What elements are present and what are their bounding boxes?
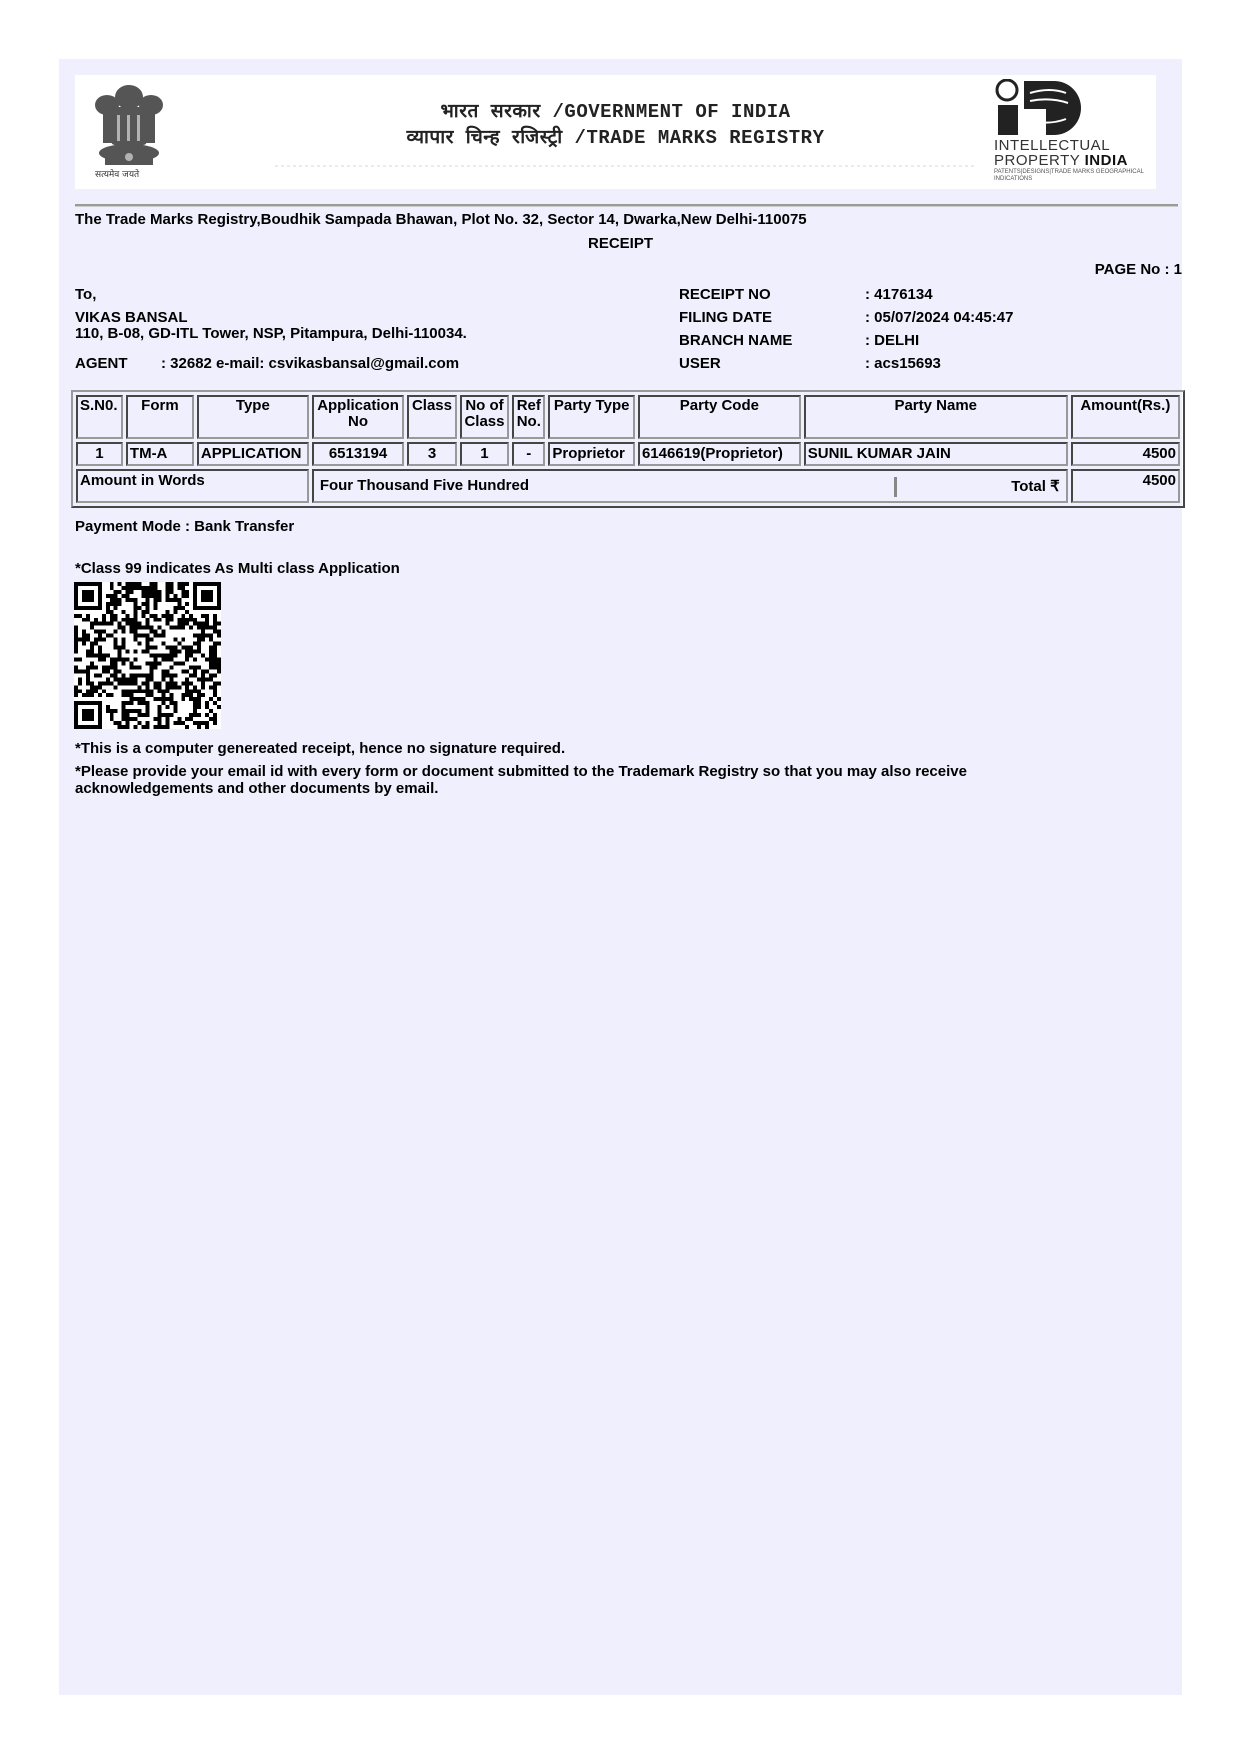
signature-note: *This is a computer genereated receipt, … [75, 740, 565, 757]
cell-application-no: 6513194 [312, 442, 404, 466]
logo-tagline: PATENTS|DESIGNS|TRADE MARKS GEOGRAPHICAL… [994, 169, 1144, 183]
header-amount: Amount(Rs.) [1071, 395, 1180, 439]
table-header-row: S.N0. Form Type Application No Class No … [76, 395, 1180, 439]
total-row: Amount in Words Four Thousand Five Hundr… [76, 469, 1180, 503]
ip-india-logo-icon [994, 79, 1090, 135]
agent-label: AGENT [75, 355, 128, 372]
recipient-address: 110, B-08, GD-ITL Tower, NSP, Pitampura,… [75, 325, 467, 342]
header-no-of-class: No of Class [460, 395, 509, 439]
header-class: Class [407, 395, 457, 439]
header-party-name: Party Name [804, 395, 1068, 439]
header-form: Form [126, 395, 194, 439]
receipt-no-value: : 4176134 [865, 286, 933, 303]
banner-watermark [275, 165, 975, 167]
total-separator [894, 477, 897, 497]
payment-mode: Payment Mode : Bank Transfer [75, 518, 294, 535]
receipt-no-label: RECEIPT NO [679, 286, 771, 303]
branch-name-label: BRANCH NAME [679, 332, 792, 349]
header-party-type: Party Type [548, 395, 635, 439]
cell-party-name: SUNIL KUMAR JAIN [804, 442, 1068, 466]
recipient-name: VIKAS BANSAL [75, 309, 188, 326]
header-application-no: Application No [312, 395, 404, 439]
amount-in-words-label: Amount in Words [76, 469, 309, 503]
cell-party-type: Proprietor [548, 442, 635, 466]
cell-party-code: 6146619(Proprietor) [638, 442, 801, 466]
total-value: 4500 [1071, 469, 1180, 503]
fee-table: S.N0. Form Type Application No Class No … [71, 390, 1185, 508]
user-label: USER [679, 355, 721, 372]
header-sno: S.N0. [76, 395, 123, 439]
user-value: : acs15693 [865, 355, 941, 372]
cell-no-of-class: 1 [460, 442, 509, 466]
logo-text-property-india: PROPERTY INDIA [994, 152, 1128, 169]
amount-in-words: Four Thousand Five Hundred [320, 477, 529, 494]
header-divider [75, 204, 1178, 207]
ip-india-logo: INTELLECTUAL PROPERTY INDIA PATENTS|DESI… [990, 79, 1144, 185]
cell-form: TM-A [126, 442, 194, 466]
cell-sno: 1 [76, 442, 123, 466]
header-ref-no: Ref No. [512, 395, 545, 439]
email-note-line2: acknowledgements and other documents by … [75, 780, 438, 797]
page-number: PAGE No : 1 [1095, 261, 1182, 278]
cell-ref-no: - [512, 442, 545, 466]
cell-class: 3 [407, 442, 457, 466]
to-label: To, [75, 286, 96, 303]
email-note-line1: *Please provide your email id with every… [75, 763, 967, 780]
qr-code-icon [74, 582, 221, 729]
filing-date-value: : 05/07/2024 04:45:47 [865, 309, 1013, 326]
cell-amount: 4500 [1071, 442, 1180, 466]
branch-name-value: : DELHI [865, 332, 919, 349]
doc-title: RECEIPT [59, 235, 1182, 252]
header-type: Type [197, 395, 309, 439]
header-party-code: Party Code [638, 395, 801, 439]
amount-in-words-cell: Four Thousand Five Hundred Total ₹ [312, 469, 1068, 503]
cell-type: APPLICATION [197, 442, 309, 466]
receipt-page: सत्यमेव जयते भारत सरकार /GOVERNMENT OF I… [59, 59, 1182, 1695]
logo-text-property: PROPERTY [994, 152, 1085, 169]
filing-date-label: FILING DATE [679, 309, 772, 326]
header-banner: सत्यमेव जयते भारत सरकार /GOVERNMENT OF I… [75, 75, 1156, 189]
office-address: The Trade Marks Registry,Boudhik Sampada… [75, 211, 807, 228]
emblem-motto: सत्यमेव जयते [95, 167, 139, 180]
class-note: *Class 99 indicates As Multi class Appli… [75, 560, 400, 577]
logo-text-india: INDIA [1085, 152, 1128, 169]
agent-value: : 32682 e-mail: csvikasbansal@gmail.com [161, 355, 459, 372]
table-row: 1 TM-A APPLICATION 6513194 3 1 - Proprie… [76, 442, 1180, 466]
total-label: Total ₹ [1011, 477, 1059, 495]
